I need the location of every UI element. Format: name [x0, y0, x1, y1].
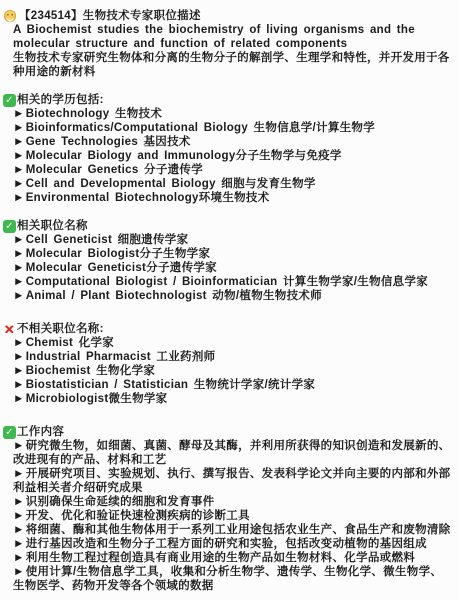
bullet-item: ►识别确保生命延续的细胞和发育事件 [13, 495, 452, 509]
hamster-emoji-icon [3, 9, 17, 23]
bullet-item-label: Cell and Developmental Biology 细胞与发育生物学 [26, 178, 316, 190]
bullet-item: ►Microbiologist微生物学家 [13, 392, 452, 406]
bullet-icon: ► [13, 150, 25, 162]
bullet-icon: ► [13, 178, 25, 190]
bullet-icon: ► [13, 164, 25, 176]
bullet-item: ►进行基因改造和生物分子工程方面的研究和实验，包括改变动植物的基因组成 [13, 537, 452, 551]
bullet-icon: ► [13, 379, 25, 391]
bullet-item: ►Cell and Developmental Biology 细胞与发育生物学 [13, 177, 452, 191]
job-description-page: 【234514】生物技术专家职位描述 A Biochemist studies … [0, 0, 459, 600]
bullet-item-label: Biotechnology 生物技术 [26, 108, 162, 120]
section-heading-label: 相关的学历包括: [17, 93, 104, 107]
bullet-item: ►Biostatistician / Statistician 生物统计学家/统… [13, 378, 452, 392]
bullet-item: ►Chemist 化学家 [13, 336, 452, 350]
bullet-item-label: Computational Biologist / Bioinformatici… [26, 276, 428, 288]
bullet-item-label: 识别确保生命延续的细胞和发育事件 [26, 496, 215, 508]
bullet-item-label: 研究微生物，如细菌、真菌、酵母及其酶，并利用所获得的知识创造和发展新的、改进现有… [13, 440, 450, 466]
bullet-item-label: 进行基因改造和生物分子工程方面的研究和实验，包括改变动植物的基因组成 [26, 538, 427, 550]
bullet-list: ►Chemist 化学家►Industrial Pharmacist 工业药剂师… [13, 336, 452, 406]
bullet-icon: ► [13, 393, 25, 405]
bullet-item: ►开展研究项目、实验规划、执行、撰写报告、发表科学论文并向主要的内部和外部利益相… [13, 467, 452, 495]
bullet-item-label: 利用生物工程过程创造具有商业用途的生物产品如生物材料、化学品或燃料 [26, 552, 415, 564]
bullet-icon: ► [13, 566, 25, 578]
bullet-icon: ► [13, 192, 25, 204]
bullet-item-label: Industrial Pharmacist 工业药剂师 [26, 351, 216, 363]
bullet-icon: ► [13, 496, 25, 508]
section: ✓ 相关职位名称 ►Cell Geneticist 细胞遗传学家►Molecul… [3, 219, 452, 303]
bullet-item-label: Molecular Genetics 分子遗传学 [26, 164, 203, 176]
bullet-icon: ► [13, 122, 25, 134]
bullet-list: ►Biotechnology 生物技术►Bioinformatics/Compu… [13, 107, 452, 205]
section: ✓ 相关的学历包括: ►Biotechnology 生物技术►Bioinform… [3, 93, 452, 205]
bullet-item-label: 使用计算/生物信息学工具，收集和分析生物学、遗传学、生物化学、微生物学、生物医学… [13, 566, 442, 592]
bullet-item: ►Computational Biologist / Bioinformatic… [13, 275, 452, 289]
bullet-icon: ► [13, 351, 25, 363]
bullet-item-label: Animal / Plant Biotechnologist 动物/植物生物技术… [26, 290, 322, 302]
cross-icon: ✕ [3, 323, 16, 336]
section-heading-row: ✓ 相关的学历包括: [3, 93, 452, 107]
bullet-icon: ► [13, 524, 25, 536]
bullet-item: ►Cell Geneticist 细胞遗传学家 [13, 233, 452, 247]
section: ✕ 不相关职位名称: ►Chemist 化学家►Industrial Pharm… [3, 322, 452, 406]
bullet-icon: ► [13, 365, 25, 377]
check-icon: ✓ [3, 94, 16, 107]
bullet-item-label: 开展研究项目、实验规划、执行、撰写报告、发表科学论文并向主要的内部和外部利益相关… [13, 468, 450, 494]
bullet-item-label: Molecular Geneticist分子遗传学家 [26, 262, 217, 274]
bullet-item: ►使用计算/生物信息学工具，收集和分析生物学、遗传学、生物化学、微生物学、生物医… [13, 565, 452, 593]
page-title-row: 【234514】生物技术专家职位描述 [3, 9, 452, 23]
bullet-icon: ► [13, 108, 25, 120]
bullet-icon: ► [13, 290, 25, 302]
bullet-icon: ► [13, 234, 25, 246]
bullet-icon: ► [13, 468, 25, 480]
bullet-item: ►开发、优化和验证快速检测疾病的诊断工具 [13, 509, 452, 523]
page-title: 【234514】生物技术专家职位描述 [19, 9, 201, 23]
bullet-item: ►Biochemist 生物化学家 [13, 364, 452, 378]
bullet-icon: ► [13, 440, 25, 452]
bullet-icon: ► [13, 248, 25, 260]
description-english: A Biochemist studies the biochemistry of… [13, 23, 452, 51]
bullet-icon: ► [13, 538, 25, 550]
description-chinese: 生物技术专家研究生物体和分离的生物分子的解剖学、生理学和特性，并开发用于各种用途… [13, 51, 452, 79]
section-heading-label: 工作内容 [17, 425, 64, 439]
bullet-item: ►Animal / Plant Biotechnologist 动物/植物生物技… [13, 289, 452, 303]
section-heading-row: ✓ 工作内容 [3, 425, 452, 439]
bullet-item: ►Biotechnology 生物技术 [13, 107, 452, 121]
bullet-icon: ► [13, 552, 25, 564]
bullet-item-label: Microbiologist微生物学家 [26, 393, 168, 405]
section-heading-row: ✓ 相关职位名称 [3, 219, 452, 233]
check-icon: ✓ [3, 426, 16, 439]
bullet-item-label: Bioinformatics/Computational Biology 生物信… [26, 122, 375, 134]
section: ✓ 工作内容 ►研究微生物，如细菌、真菌、酵母及其酶，并利用所获得的知识创造和发… [3, 425, 452, 593]
bullet-item-label: Environmental Biotechnology环境生物技术 [26, 192, 270, 204]
check-icon: ✓ [3, 220, 16, 233]
bullet-item-label: 开发、优化和验证快速检测疾病的诊断工具 [26, 510, 250, 522]
bullet-item: ►Bioinformatics/Computational Biology 生物… [13, 121, 452, 135]
bullet-item-label: Gene Technologies 基因技术 [26, 136, 191, 148]
bullet-item: ►Gene Technologies 基因技术 [13, 135, 452, 149]
bullet-list: ►Cell Geneticist 细胞遗传学家►Molecular Biolog… [13, 233, 452, 303]
bullet-icon: ► [13, 510, 25, 522]
bullet-item: ►研究微生物，如细菌、真菌、酵母及其酶，并利用所获得的知识创造和发展新的、改进现… [13, 439, 452, 467]
bullet-item-label: 将细菌、酶和其他生物体用于一系列工业用途包括农业生产、食品生产和废物清除 [26, 524, 451, 536]
bullet-item-label: Molecular Biology and Immunology分子生物学与免疫… [26, 150, 342, 162]
bullet-icon: ► [13, 337, 25, 349]
section-heading-label: 不相关职位名称: [17, 322, 104, 336]
bullet-list: ►研究微生物，如细菌、真菌、酵母及其酶，并利用所获得的知识创造和发展新的、改进现… [13, 439, 452, 593]
bullet-item: ►Molecular Geneticist分子遗传学家 [13, 261, 452, 275]
bullet-item: ►Molecular Biology and Immunology分子生物学与免… [13, 149, 452, 163]
bullet-item-label: Molecular Biologist分子生物学家 [26, 248, 211, 260]
bullet-item-label: Chemist 化学家 [26, 337, 114, 349]
bullet-item: ►利用生物工程过程创造具有商业用途的生物产品如生物材料、化学品或燃料 [13, 551, 452, 565]
bullet-item: ►Molecular Biologist分子生物学家 [13, 247, 452, 261]
bullet-icon: ► [13, 276, 25, 288]
bullet-item: ►Environmental Biotechnology环境生物技术 [13, 191, 452, 205]
bullet-item-label: Cell Geneticist 细胞遗传学家 [26, 234, 189, 246]
section-heading-label: 相关职位名称 [17, 219, 88, 233]
bullet-item: ►将细菌、酶和其他生物体用于一系列工业用途包括农业生产、食品生产和废物清除 [13, 523, 452, 537]
bullet-icon: ► [13, 262, 25, 274]
bullet-item-label: Biochemist 生物化学家 [26, 365, 155, 377]
section-heading-row: ✕ 不相关职位名称: [3, 322, 452, 336]
bullet-item: ►Industrial Pharmacist 工业药剂师 [13, 350, 452, 364]
bullet-icon: ► [13, 136, 25, 148]
sections: ✓ 相关的学历包括: ►Biotechnology 生物技术►Bioinform… [3, 93, 452, 593]
bullet-item: ►Molecular Genetics 分子遗传学 [13, 163, 452, 177]
bullet-item-label: Biostatistician / Statistician 生物统计学家/统计… [26, 379, 316, 391]
